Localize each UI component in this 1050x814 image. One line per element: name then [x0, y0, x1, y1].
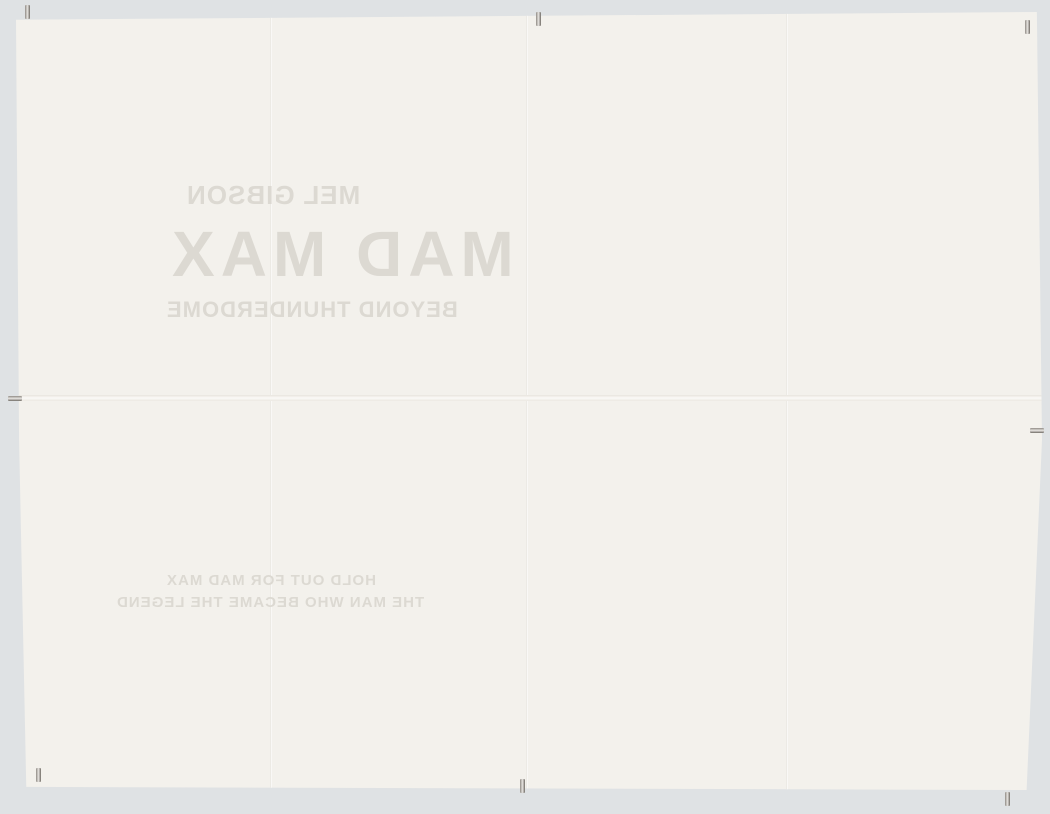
pin: [520, 779, 525, 793]
ghost-title: MAD MAX: [166, 217, 514, 291]
ghost-tagline-2: THE MAN WHO BECAME THE LEGEND: [116, 594, 424, 611]
ghost-tagline-1: HOLD OUT FOR MAD MAX: [166, 572, 376, 589]
fold-line: [786, 12, 788, 790]
fold-line: [16, 395, 1042, 401]
fold-line: [526, 12, 528, 790]
pin: [1030, 428, 1044, 433]
ghost-star-name: MEL GIBSON: [186, 180, 360, 211]
pin: [1005, 792, 1010, 806]
pin: [36, 768, 41, 782]
pin: [1025, 20, 1030, 34]
pin: [25, 5, 30, 19]
poster-sheet: MEL GIBSON MAD MAX BEYOND THUNDERDOME HO…: [16, 12, 1042, 790]
pin: [536, 12, 541, 26]
ghost-subtitle: BEYOND THUNDERDOME: [166, 297, 458, 323]
fold-line: [270, 12, 272, 790]
pin: [8, 396, 22, 401]
